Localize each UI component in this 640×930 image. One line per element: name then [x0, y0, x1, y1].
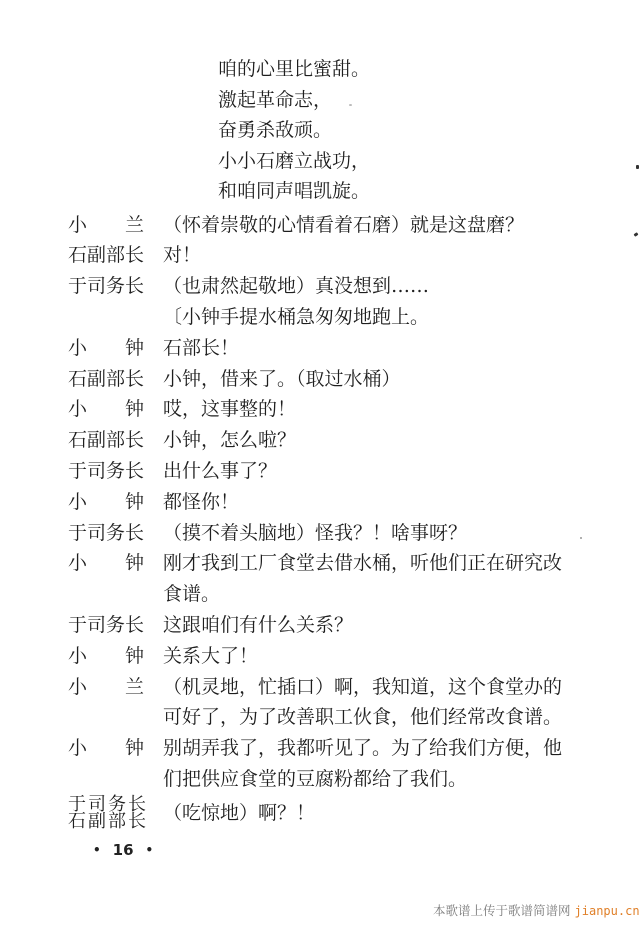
dialogue-row: 石副部长 小钟，怎么啦？ [68, 425, 608, 456]
speech-line: 出什么事了？ [163, 456, 608, 487]
scanned-script-page: 咱的心里比蜜甜。 激起革命志， 奋勇杀敌顽。 小小石磨立战功， 和咱同声唱凯旋。… [0, 0, 640, 930]
speech-line-continued: 食谱。 [163, 579, 608, 610]
speech: 关系大了！ [163, 641, 608, 672]
speech: 哎，这事整的！ [163, 394, 608, 425]
speech-line: 关系大了！ [163, 641, 608, 672]
speaker-name: 石副部长 [68, 425, 144, 456]
speaker-name: 小钟 [68, 733, 144, 764]
dialogue-row: 石副部长 对！ [68, 240, 608, 271]
speech: 这跟咱们有什么关系？ [163, 610, 608, 641]
dialogue-row: 小钟 石部长！ [68, 333, 608, 364]
speech: 别胡弄我了，我都听见了。为了给我们方便，他 们把供应食堂的豆腐粉都给了我们。 [163, 733, 608, 795]
speaker-name: 于司务长 [68, 518, 144, 549]
speech-line: 小钟，借来了。（取过水桶） [163, 364, 608, 395]
lyric-line: 小小石磨立战功， [218, 146, 370, 177]
dialogue-block: 小兰 （怀着崇敬的心情看着石磨）就是这盘磨？ 石副部长 对！ 于司务长 （也肃然… [68, 210, 608, 830]
watermark-text: 本歌谱上传于歌谱简谱网 [433, 903, 571, 918]
stage-direction: 〔小钟手提水桶急匆匆地跑上。 [163, 302, 608, 333]
speech: 出什么事了？ [163, 456, 608, 487]
lyric-line: 咱的心里比蜜甜。 [218, 54, 370, 85]
bullet-icon: • [93, 840, 101, 860]
speech-line: （摸不着头脑地）怪我？！啥事呀？ [163, 518, 608, 549]
speech: 石部长！ [163, 333, 608, 364]
scan-artifact [634, 232, 639, 237]
speaker-name: 石副部长 [68, 813, 146, 830]
speaker-name: 石副部长 [68, 364, 144, 395]
speech: （摸不着头脑地）怪我？！啥事呀？ [163, 518, 608, 549]
speech-line: 这跟咱们有什么关系？ [163, 610, 608, 641]
dialogue-row-joint-speakers: 于司务长 石副部长 （吃惊地）啊？！ [68, 796, 608, 830]
page-number-value: 16 [113, 840, 134, 860]
speech: 小钟，怎么啦？ [163, 425, 608, 456]
speech: （怀着崇敬的心情看着石磨）就是这盘磨？ [163, 210, 608, 241]
watermark: 本歌谱上传于歌谱简谱网jianpu.cn [433, 902, 640, 920]
dialogue-row: 小钟 关系大了！ [68, 641, 608, 672]
dialogue-row: 于司务长 （也肃然起敬地）真没想到…… [68, 271, 608, 302]
lyric-line: 奋勇杀敌顽。 [218, 115, 370, 146]
speech-line: 刚才我到工厂食堂去借水桶，听他们正在研究改 [163, 548, 608, 579]
speaker-name: 小钟 [68, 641, 144, 672]
speech-line: 都怪你！ [163, 487, 608, 518]
lyric-line: 和咱同声唱凯旋。 [218, 176, 370, 207]
speaker-name: 石副部长 [68, 240, 144, 271]
joint-speakers: 于司务长 石副部长 [68, 796, 146, 830]
dialogue-row: 小钟 哎，这事整的！ [68, 394, 608, 425]
dialogue-row: 小钟 都怪你！ [68, 487, 608, 518]
speaker-name: 小兰 [68, 210, 144, 241]
page-number: •16• [93, 840, 153, 860]
speech-line: 小钟，怎么啦？ [163, 425, 608, 456]
speech-line: （机灵地，忙插口）啊，我知道，这个食堂办的 [163, 672, 608, 703]
speech: 都怪你！ [163, 487, 608, 518]
speech-line: （也肃然起敬地）真没想到…… [163, 271, 608, 302]
speech: 对！ [163, 240, 608, 271]
lyric-line: 激起革命志， [218, 85, 370, 116]
speech-line: （怀着崇敬的心情看着石磨）就是这盘磨？ [163, 210, 608, 241]
speaker-name: 小钟 [68, 394, 144, 425]
speech: （机灵地，忙插口）啊，我知道，这个食堂办的 可好了，为了改善职工伙食，他们经常改… [163, 672, 608, 734]
speech-line: 别胡弄我了，我都听见了。为了给我们方便，他 [163, 733, 608, 764]
speech-line: 哎，这事整的！ [163, 394, 608, 425]
dialogue-row: 小钟 刚才我到工厂食堂去借水桶，听他们正在研究改 食谱。 [68, 548, 608, 610]
speaker-name: 小钟 [68, 487, 144, 518]
speech-line: 对！ [163, 240, 608, 271]
scan-artifact [580, 537, 582, 539]
speech-line: 石部长！ [163, 333, 608, 364]
dialogue-row: 石副部长 小钟，借来了。（取过水桶） [68, 364, 608, 395]
watermark-site: jianpu.cn [575, 904, 640, 918]
speech-line-continued: 可好了，为了改善职工伙食，他们经常改食谱。 [163, 702, 608, 733]
dialogue-row: 小兰 （机灵地，忙插口）啊，我知道，这个食堂办的 可好了，为了改善职工伙食，他们… [68, 672, 608, 734]
dialogue-row: 小兰 （怀着崇敬的心情看着石磨）就是这盘磨？ [68, 210, 608, 241]
speech-line: （吃惊地）啊？！ [163, 802, 315, 824]
bullet-icon: • [146, 840, 154, 860]
speech-line-continued: 们把供应食堂的豆腐粉都给了我们。 [163, 764, 608, 795]
scan-artifact [349, 104, 352, 106]
speaker-name: 于司务长 [68, 271, 144, 302]
speaker-name: 于司务长 [68, 610, 144, 641]
speech: 刚才我到工厂食堂去借水桶，听他们正在研究改 食谱。 [163, 548, 608, 610]
speech: （也肃然起敬地）真没想到…… [163, 271, 608, 302]
lyrics-block: 咱的心里比蜜甜。 激起革命志， 奋勇杀敌顽。 小小石磨立战功， 和咱同声唱凯旋。 [218, 54, 370, 207]
dialogue-row: 小钟 别胡弄我了，我都听见了。为了给我们方便，他 们把供应食堂的豆腐粉都给了我们… [68, 733, 608, 795]
scan-artifact [636, 165, 639, 169]
speaker-name: 小钟 [68, 333, 144, 364]
speaker-name: 小兰 [68, 672, 144, 703]
dialogue-row: 于司务长 （摸不着头脑地）怪我？！啥事呀？ [68, 518, 608, 549]
dialogue-row: 于司务长 这跟咱们有什么关系？ [68, 610, 608, 641]
speech: 小钟，借来了。（取过水桶） [163, 364, 608, 395]
speaker-name: 于司务长 [68, 456, 144, 487]
speech: （吃惊地）啊？！ [163, 796, 608, 830]
speaker-name: 小钟 [68, 548, 144, 579]
dialogue-row: 于司务长 出什么事了？ [68, 456, 608, 487]
